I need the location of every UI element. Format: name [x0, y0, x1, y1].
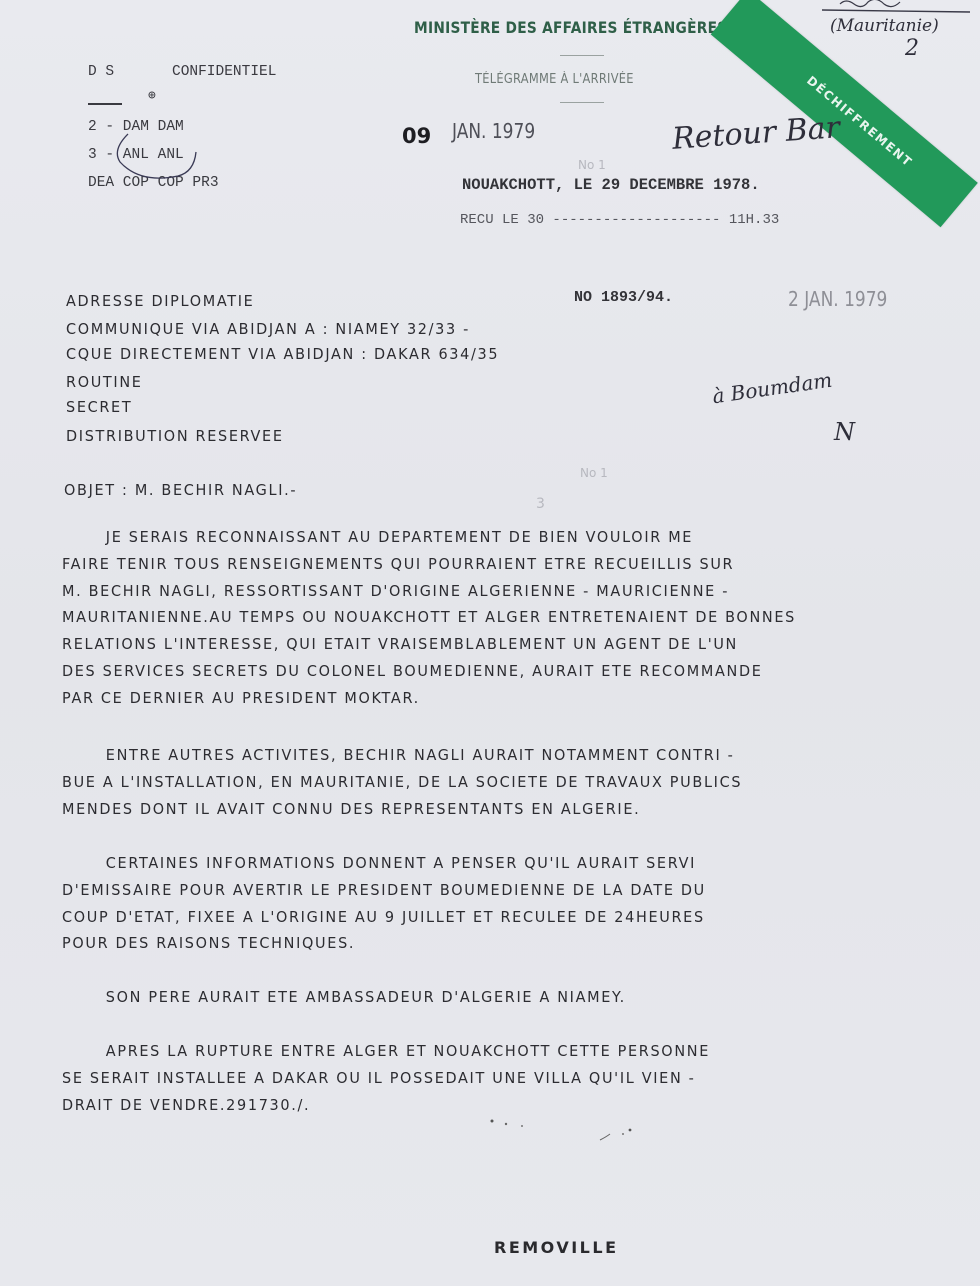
handwritten-circle-mark — [110, 132, 220, 192]
received-line: RECU LE 30 -------------------- 11H.33 — [460, 212, 779, 228]
distribution-line: DISTRIBUTION RESERVEE — [66, 427, 284, 445]
body-line: SON PERE AURAIT ETE AMBASSADEUR D'ALGERI… — [62, 988, 626, 1006]
body-line: FAIRE TENIR TOUS RENSEIGNEMENTS QUI POUR… — [62, 555, 734, 573]
subject-line: OBJET : M. BECHIR NAGLI.- — [64, 481, 297, 499]
header-divider — [560, 55, 604, 56]
body-line: COUP D'ETAT, FIXEE A L'ORIGINE AU 9 JUIL… — [62, 908, 705, 926]
handwritten-country: (Mauritanie) — [830, 16, 939, 36]
body-line: JE SERAIS RECONNAISSANT AU DEPARTEMENT D… — [62, 528, 693, 546]
handwritten-initials-note: à Boumdam — [711, 368, 834, 409]
origin-place-date: NOUAKCHOTT, LE 29 DECEMBRE 1978. — [462, 176, 760, 194]
routing-mark: ⊕ — [148, 88, 156, 103]
body-line: DES SERVICES SECRETS DU COLONEL BOUMEDIE… — [62, 662, 763, 680]
faint-mark: No 1 — [578, 158, 606, 172]
direct-line: CQUE DIRECTEMENT VIA ABIDJAN : DAKAR 634… — [66, 345, 499, 363]
handwritten-initial-mark: N — [834, 418, 855, 446]
body-line: ENTRE AUTRES ACTIVITES, BECHIR NAGLI AUR… — [62, 746, 735, 764]
body-line: BUE A L'INSTALLATION, EN MAURITANIE, DE … — [62, 773, 742, 791]
address-line: ADRESSE DIPLOMATIE — [66, 292, 254, 310]
body-line: DRAIT DE VENDRE.291730./. — [62, 1096, 310, 1114]
priority-line: ROUTINE — [66, 373, 143, 391]
body-line: SE SERAIT INSTALLEE A DAKAR OU IL POSSED… — [62, 1069, 696, 1087]
communicated-line: COMMUNIQUE VIA ABIDJAN A : NIAMEY 32/33 … — [66, 320, 470, 338]
faint-mark: 3 — [536, 496, 545, 512]
document-type: TÉLÉGRAMME À L'ARRIVÉE — [475, 72, 634, 87]
body-line: M. BECHIR NAGLI, RESSORTISSANT D'ORIGINE… — [62, 582, 729, 600]
arrival-stamp-day: 09 — [402, 124, 431, 148]
body-line: MENDES DONT IL AVAIT CONNU DES REPRESENT… — [62, 800, 640, 818]
body-line: RELATIONS L'INTERESSE, QUI ETAIT VRAISEM… — [62, 635, 738, 653]
arrival-stamp-date: JAN. 1979 — [452, 119, 535, 143]
classification-top: CONFIDENTIEL — [172, 64, 276, 80]
body-line: APRES LA RUPTURE ENTRE ALGER ET NOUAKCHO… — [62, 1042, 710, 1060]
second-date-stamp: 2 JAN. 1979 — [788, 287, 887, 311]
classification-line: SECRET — [66, 398, 132, 416]
ministry-heading: MINISTÈRE DES AFFAIRES ÉTRANGÈRES — [414, 18, 727, 37]
body-line: POUR DES RAISONS TECHNIQUES. — [62, 934, 355, 952]
handwritten-number: 2 — [905, 36, 919, 61]
telegram-number: NO 1893/94. — [574, 289, 673, 306]
ink-specks — [460, 1110, 660, 1150]
telegram-page: MINISTÈRE DES AFFAIRES ÉTRANGÈRES TÉLÉGR… — [0, 0, 980, 1286]
body-line: MAURITANIENNE.AU TEMPS OU NOUAKCHOTT ET … — [62, 608, 796, 626]
routing-underline — [88, 103, 122, 105]
body-line: D'EMISSAIRE POUR AVERTIR LE PRESIDENT BO… — [62, 881, 706, 899]
header-divider — [560, 102, 604, 103]
faint-mark: No 1 — [580, 466, 608, 480]
sender-signature: REMOVILLE — [494, 1238, 619, 1257]
body-line: CERTAINES INFORMATIONS DONNENT A PENSER … — [62, 854, 696, 872]
handwritten-note-top: Retour Bar — [671, 110, 841, 157]
service-code: D S — [88, 64, 114, 80]
body-line: PAR CE DERNIER AU PRESIDENT MOKTAR. — [62, 689, 420, 707]
